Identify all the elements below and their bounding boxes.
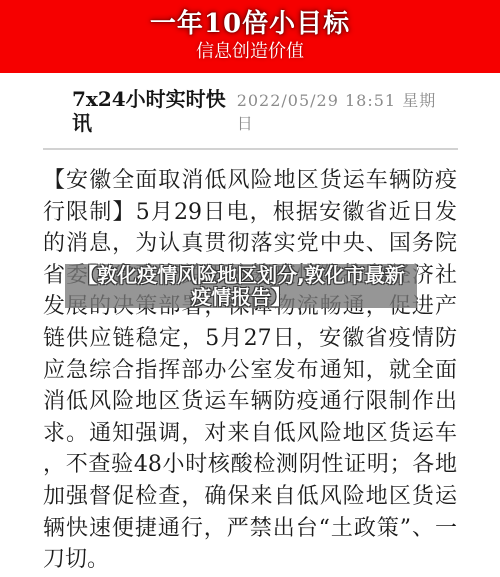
article-line: 求。通知强调，对来自低风险地区货运车辆 bbox=[43, 418, 457, 450]
article-line: ，不查验48小时核酸检测阴性证明；各地要 bbox=[43, 449, 457, 481]
news-ticker-header: 7x24小时实时快讯 2022/05/29 18:51 星期日 bbox=[0, 73, 500, 135]
article-line: 应急综合指挥部办公室发布通知，就全面取 bbox=[43, 355, 457, 387]
article-line: 的消息，为认真贯彻落实党中央、国务院及 bbox=[43, 228, 457, 260]
site-banner: 一年10倍小目标 信息创造价值 bbox=[0, 0, 500, 73]
article-line: 链供应链稳定，5月27日，安徽省疫情防控 bbox=[43, 323, 457, 355]
section-title: 7x24小时实时快讯 bbox=[72, 87, 237, 135]
article-line: 【安徽全面取消低风险地区货运车辆防疫通 bbox=[43, 165, 457, 197]
article-line: 辆快速便捷通行，严禁出台“土政策”、一 bbox=[43, 513, 457, 545]
banner-slogan: 信息创造价值 bbox=[0, 41, 500, 62]
banner-title: 一年10倍小目标 bbox=[0, 9, 500, 39]
article-line: 消低风险地区货运车辆防疫通行限制作出要 bbox=[43, 386, 457, 418]
news-flash-page: 一年10倍小目标 信息创造价值 7x24小时实时快讯 2022/05/29 18… bbox=[0, 0, 500, 577]
watermark-line-2: 疫情报告】 bbox=[65, 286, 417, 308]
watermark-overlay: 【敦化疫情风险地区划分,敦化市最新 疫情报告】 bbox=[65, 264, 417, 308]
datetime-label: 2022/05/29 18:51 星期日 bbox=[237, 88, 442, 134]
article-line: 加强督促检查，确保来自低风险地区货运车 bbox=[43, 481, 457, 513]
article-line: 行限制】5月29日电，根据安徽省近日发布 bbox=[43, 197, 457, 229]
watermark-line-1: 【敦化疫情风险地区划分,敦化市最新 bbox=[65, 264, 417, 286]
article-line: 刀切。 bbox=[43, 544, 457, 576]
article-body: 【安徽全面取消低风险地区货运车辆防疫通 行限制】5月29日电，根据安徽省近日发布… bbox=[0, 150, 500, 576]
